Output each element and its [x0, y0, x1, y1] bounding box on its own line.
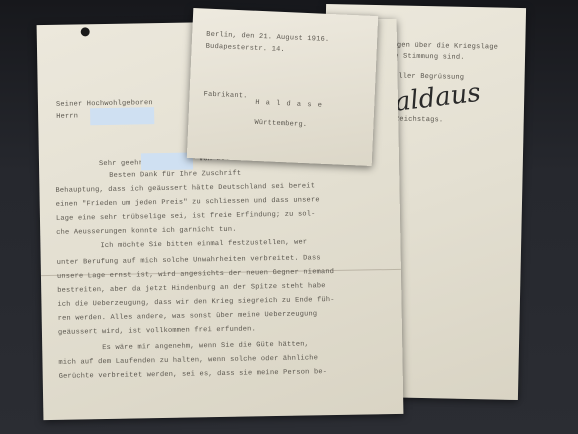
text-line: Behauptung, dass ich geäussert hätte Deu… [55, 182, 315, 195]
text-line: Es wäre mir angenehm, wenn Sie die Güte … [102, 340, 309, 352]
town-name: H a l d a s e [255, 99, 323, 110]
letter-header-fragment: Berlin, den 21. August 1916. Budapesters… [187, 8, 378, 166]
text-line: Ich möchte Sie bitten einmal festzustell… [100, 238, 307, 250]
text-line: unter Berufung auf mich solche Unwahrhei… [57, 254, 321, 267]
text-line: Besten Dank für Ihre Zuschrift [109, 170, 241, 180]
text-line: ren werden. Alles andere, was sonst über… [58, 310, 318, 323]
addressee-line: Herrn [56, 112, 78, 120]
street-line: Budapesterstr. 14. [206, 43, 285, 54]
redaction-block [90, 107, 154, 125]
region: Württemberg. [254, 119, 307, 129]
text-line: Gerüchte verbreitet werden, sei es, dass… [59, 368, 328, 381]
text-line: Lage eine sehr trübselige sei, ist freie… [56, 210, 316, 223]
text-line: bestreiten, aber da jetzt Hindenburg an … [57, 282, 326, 295]
text-line: geäussert wird, ist vollkommen frei erfu… [58, 325, 256, 336]
punch-hole [81, 27, 90, 36]
text-line: che Aeusserungen konnte ich garnicht tun… [56, 226, 237, 237]
text-line: unsere Lage ernst ist, wird angesichts d… [57, 268, 334, 281]
text-line: mich auf dem Laufenden zu halten, wenn s… [58, 354, 318, 367]
text-line: einen "Frieden um jeden Preis" zu schlie… [56, 196, 320, 209]
occupation: Fabrikant. [203, 91, 247, 101]
date-line: Berlin, den 21. August 1916. [206, 31, 329, 44]
redaction-block [141, 152, 193, 170]
text-line: ich die Ueberzeugung, dass wir den Krieg… [57, 296, 334, 309]
